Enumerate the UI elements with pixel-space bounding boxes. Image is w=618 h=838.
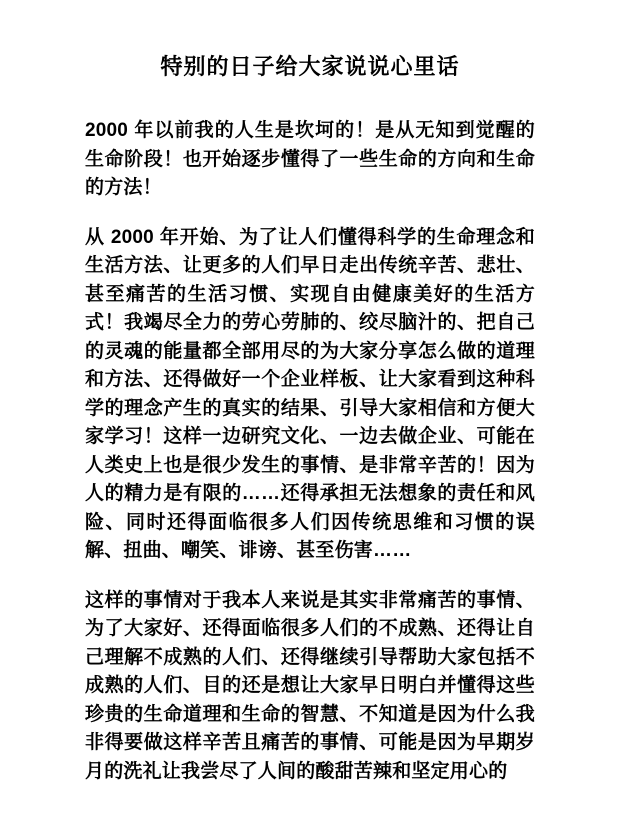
document-title: 特别的日子给大家说说心里话: [85, 52, 535, 82]
document-page: 特别的日子给大家说说心里话 2000 年以前我的人生是坎坷的！是从无知到觉醒的生…: [0, 0, 618, 838]
paragraph-journey: 从 2000 年开始、为了让人们懂得科学的生命理念和生活方法、让更多的人们早日走…: [85, 224, 535, 566]
paragraph-reflection: 这样的事情对于我本人来说是其实非常痛苦的事情、为了大家好、还得面临很多人们的不成…: [85, 587, 535, 787]
paragraph-intro: 2000 年以前我的人生是坎坷的！是从无知到觉醒的生命阶段！也开始逐步懂得了一些…: [85, 117, 535, 203]
